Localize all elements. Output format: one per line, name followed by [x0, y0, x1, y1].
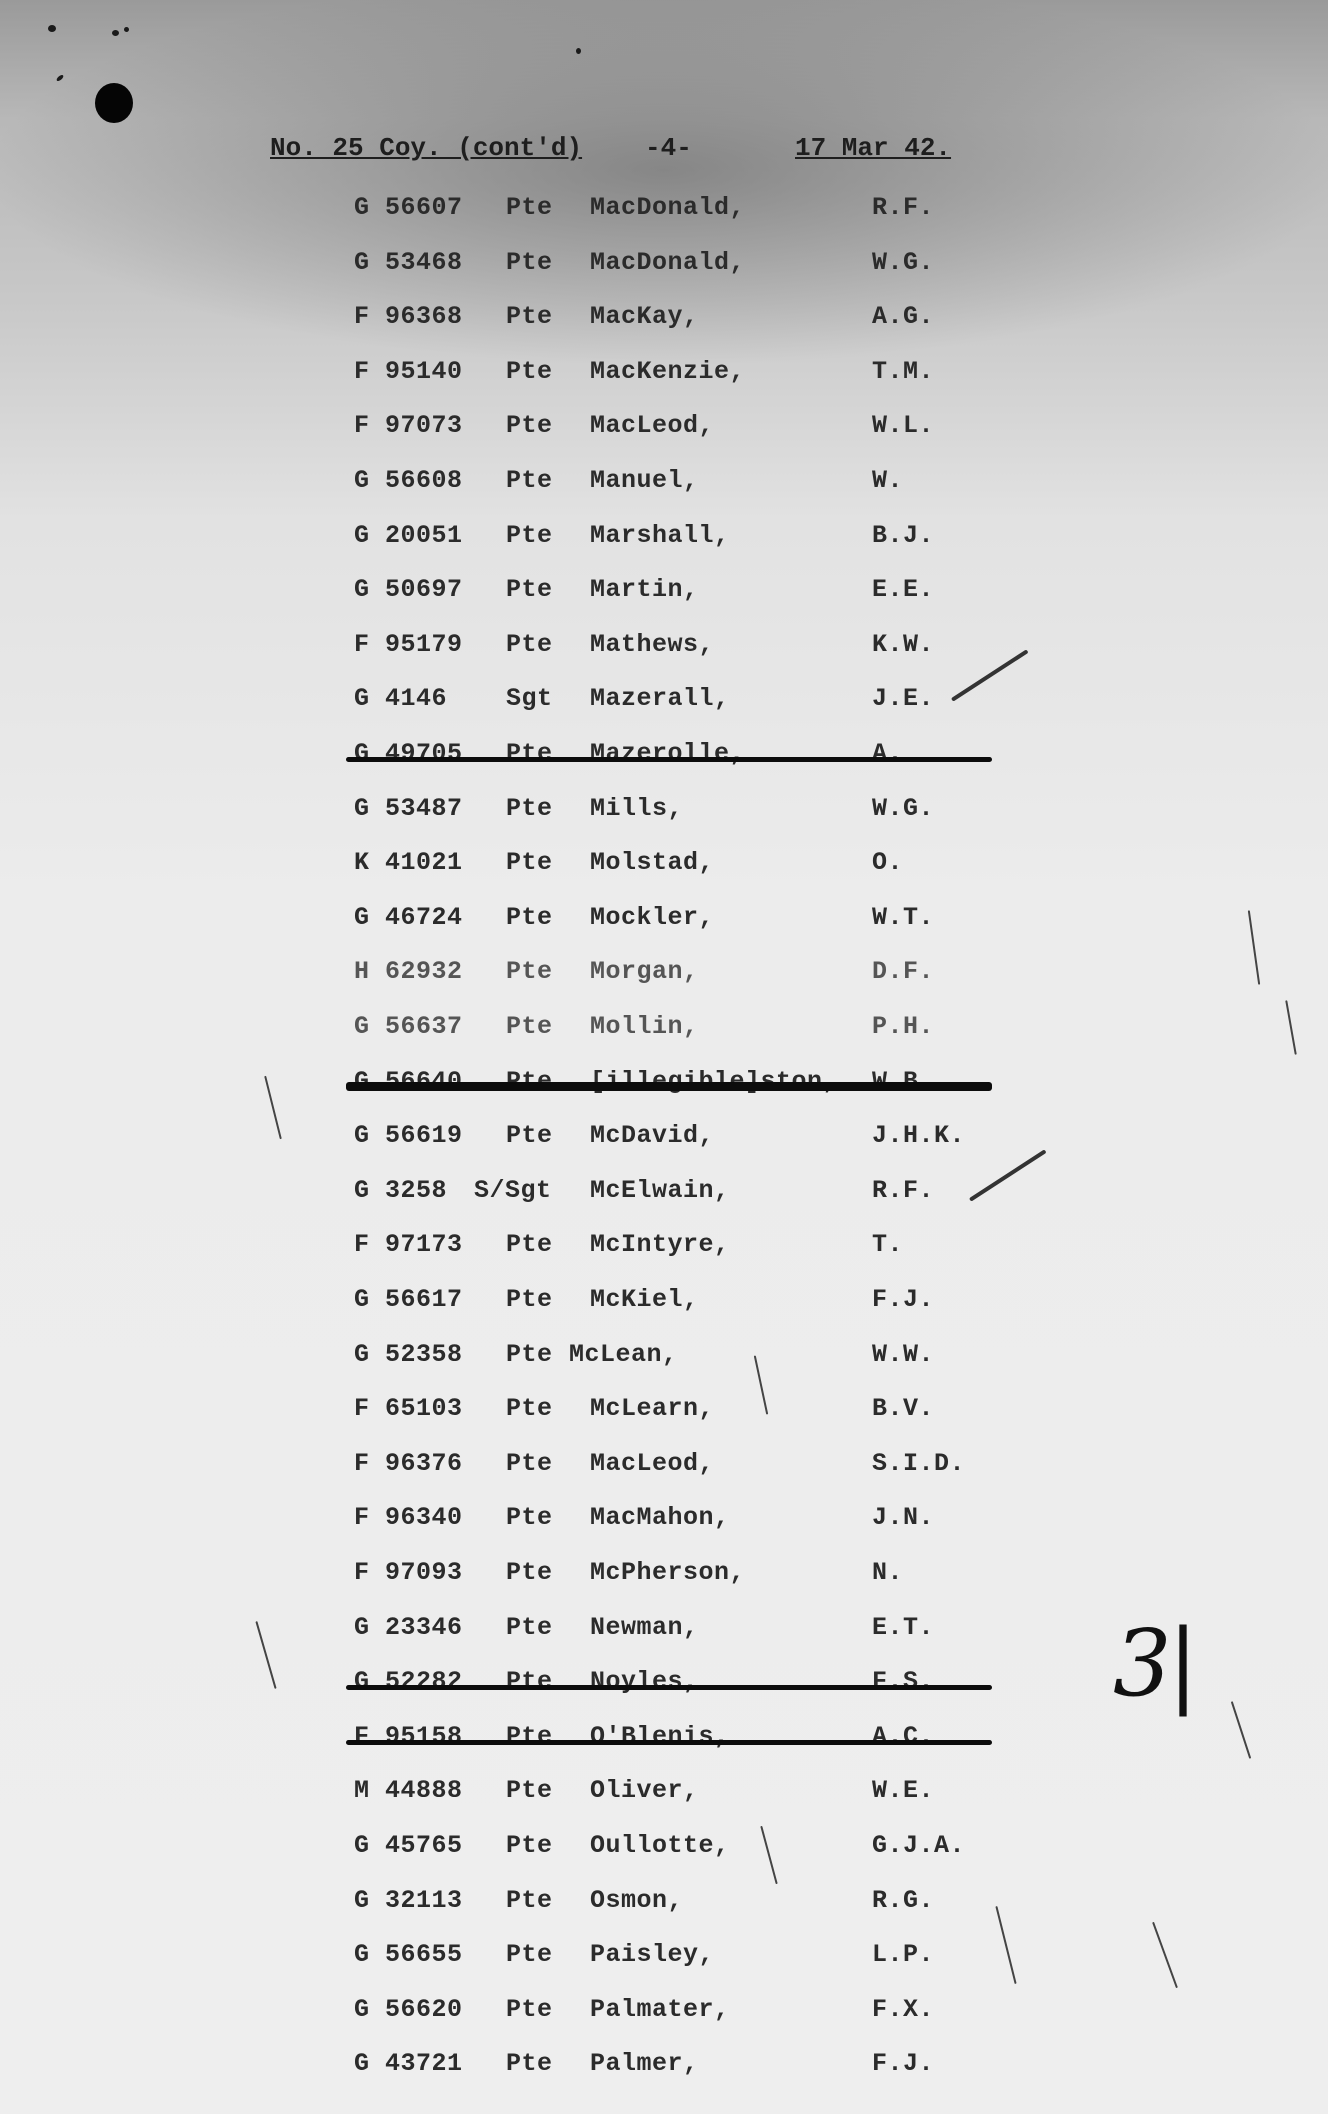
roster-entry: G 56608PteManuel,W.: [354, 466, 974, 506]
rank: Pte: [506, 248, 553, 277]
pencil-stroke: [995, 1906, 1016, 1984]
service-number: G 52282: [354, 1667, 463, 1696]
ink-speck: [576, 48, 581, 54]
surname: Oliver,: [590, 1776, 699, 1805]
surname: Molstad,: [590, 848, 714, 877]
roster-entry: G 46724PteMockler,W.T.: [354, 903, 974, 943]
pencil-stroke: [255, 1621, 276, 1689]
initials: E.E.: [872, 575, 934, 604]
roster-entry: G 56620PtePalmater,F.X.: [354, 1995, 974, 2035]
initials: A.C.: [872, 1722, 934, 1751]
service-number: G 56617: [354, 1285, 463, 1314]
rank: Pte: [506, 1995, 553, 2024]
document-header: No. 25 Coy. (cont'd) -4- 17 Mar 42.: [270, 133, 990, 173]
surname: Palmater,: [590, 1995, 730, 2024]
rank: Pte: [506, 848, 553, 877]
rank: Pte: [506, 903, 553, 932]
roster-entry: G 45765PteOullotte,G.J.A.: [354, 1831, 974, 1871]
roster-entry: F 65103PteMcLearn,B.V.: [354, 1394, 974, 1434]
service-number: G 45765: [354, 1831, 463, 1860]
service-number: G 56608: [354, 466, 463, 495]
surname: Noyles,: [590, 1667, 699, 1696]
rank: Pte: [506, 1940, 553, 1969]
rank: Pte: [506, 411, 553, 440]
initials: R.F.: [872, 1176, 934, 1205]
ink-speck: [48, 25, 56, 32]
roster-entry: F 97073PteMacLeod,W.L.: [354, 411, 974, 451]
pencil-stroke: [1152, 1922, 1178, 1988]
service-number: M 44888: [354, 1776, 463, 1805]
initials: R.G.: [872, 1886, 934, 1915]
roster-entry-struck: G 52282PteNoyles,F.S.: [354, 1667, 974, 1707]
unit-title: No. 25 Coy. (cont'd): [270, 133, 582, 163]
initials: T.: [872, 1230, 903, 1259]
roster-entry: G 56655PtePaisley,L.P.: [354, 1940, 974, 1980]
rank: Pte: [506, 1667, 553, 1696]
surname: Morgan,: [590, 957, 699, 986]
rank: Pte: [506, 1831, 553, 1860]
pencil-stroke: [1285, 1000, 1297, 1055]
rank: Pte: [506, 193, 553, 222]
roster-entry: G 56619PteMcDavid,J.H.K.: [354, 1121, 974, 1161]
service-number: F 97173: [354, 1230, 463, 1259]
roster-entry: F 97173PteMcIntyre,T.: [354, 1230, 974, 1270]
check-mark-icon: [969, 1149, 1047, 1201]
rank: Pte: [506, 1394, 553, 1423]
initials: R.F.: [872, 193, 934, 222]
service-number: G 23346: [354, 1613, 463, 1642]
roster-entry: G 43721PtePalmer,F.J.: [354, 2049, 974, 2089]
document-page: No. 25 Coy. (cont'd) -4- 17 Mar 42. G 56…: [0, 0, 1328, 2114]
surname: Martin,: [590, 575, 699, 604]
roster-entry: F 96376PteMacLeod,S.I.D.: [354, 1449, 974, 1489]
roster-entry: F 95179PteMathews,K.W.: [354, 630, 974, 670]
initials: O.: [872, 848, 903, 877]
surname: MacKenzie,: [590, 357, 745, 386]
rank: Pte: [506, 1449, 553, 1478]
rank: Pte: [506, 2049, 553, 2078]
roster-entry-struck: G 56640Pte[illegible]ston,W.B.: [354, 1067, 974, 1107]
rank: Pte: [506, 575, 553, 604]
surname: O'Blenis,: [590, 1722, 730, 1751]
roster-entry: G 23346PteNewman,E.T.: [354, 1613, 974, 1653]
punch-hole: [95, 83, 133, 123]
surname: Oullotte,: [590, 1831, 730, 1860]
service-number: K 41021: [354, 848, 463, 877]
surname: Paisley,: [590, 1940, 714, 1969]
ink-speck: [112, 30, 119, 36]
pencil-stroke: [1248, 910, 1260, 985]
initials: P.H.: [872, 1012, 934, 1041]
roster-entry: G 56617PteMcKiel,F.J.: [354, 1285, 974, 1325]
roster-entry-struck: F 95158PteO'Blenis,A.C.: [354, 1722, 974, 1762]
service-number: G 20051: [354, 521, 463, 550]
rank: Pte: [506, 739, 553, 768]
initials: J.E.: [872, 684, 934, 713]
service-number: F 65103: [354, 1394, 463, 1423]
roster-entry: K 41021PteMolstad,O.: [354, 848, 974, 888]
service-number: G 53468: [354, 248, 463, 277]
rank: Pte: [506, 1613, 553, 1642]
service-number: G 56620: [354, 1995, 463, 2024]
surname: McLean,: [569, 1340, 678, 1369]
surname: MacDonald,: [590, 193, 745, 222]
service-number: G 46724: [354, 903, 463, 932]
rank: Sgt: [506, 684, 553, 713]
roster-entry: G 20051PteMarshall,B.J.: [354, 521, 974, 561]
surname: Palmer,: [590, 2049, 699, 2078]
initials: J.N.: [872, 1503, 934, 1532]
surname: McKiel,: [590, 1285, 699, 1314]
roster-entry: G 32113PteOsmon,R.G.: [354, 1886, 974, 1926]
surname: Mazerolle,: [590, 739, 745, 768]
service-number: G 49705: [354, 739, 463, 768]
initials: A.G.: [872, 302, 934, 331]
initials: B.V.: [872, 1394, 934, 1423]
roster-entry: G 50697PteMartin,E.E.: [354, 575, 974, 615]
service-number: G 56640: [354, 1067, 463, 1096]
rank: Pte: [506, 1340, 553, 1369]
ink-speck: [56, 74, 65, 82]
rank: Pte: [506, 302, 553, 331]
pencil-stroke: [1231, 1701, 1251, 1759]
surname: Mockler,: [590, 903, 714, 932]
surname: MacDonald,: [590, 248, 745, 277]
service-number: G 43721: [354, 2049, 463, 2078]
ink-speck: [124, 27, 129, 32]
initials: D.F.: [872, 957, 934, 986]
initials: A.: [872, 739, 903, 768]
surname: MacMahon,: [590, 1503, 730, 1532]
initials: N.: [872, 1558, 903, 1587]
surname: MacLeod,: [590, 411, 714, 440]
initials: F.J.: [872, 1285, 934, 1314]
surname: MacLeod,: [590, 1449, 714, 1478]
initials: W.T.: [872, 903, 934, 932]
service-number: G 56655: [354, 1940, 463, 1969]
rank: Pte: [506, 630, 553, 659]
surname: Osmon,: [590, 1886, 683, 1915]
roster-entry: G 56607PteMacDonald,R.F.: [354, 193, 974, 233]
rank: Pte: [506, 466, 553, 495]
initials: W.W.: [872, 1340, 934, 1369]
surname: McLearn,: [590, 1394, 714, 1423]
service-number: G 4146: [354, 684, 447, 713]
service-number: F 96376: [354, 1449, 463, 1478]
initials: W.G.: [872, 794, 934, 823]
rank: Pte: [506, 957, 553, 986]
initials: F.S.: [872, 1667, 934, 1696]
rank: Pte: [506, 1558, 553, 1587]
roster-entry: G 52358PteMcLean,W.W.: [354, 1340, 974, 1380]
rank: Pte: [506, 1776, 553, 1805]
rank: Pte: [506, 1285, 553, 1314]
service-number: F 95158: [354, 1722, 463, 1751]
service-number: G 56607: [354, 193, 463, 222]
roster-entry: F 96340PteMacMahon,J.N.: [354, 1503, 974, 1543]
service-number: F 96340: [354, 1503, 463, 1532]
initials: B.J.: [872, 521, 934, 550]
roster-entry: G 56637PteMollin,P.H.: [354, 1012, 974, 1052]
surname: McIntyre,: [590, 1230, 730, 1259]
rank: Pte: [506, 1886, 553, 1915]
roster-entry: H 62932PteMorgan,D.F.: [354, 957, 974, 997]
rank: Pte: [506, 1722, 553, 1751]
rank: Pte: [506, 1012, 553, 1041]
service-number: G 52358: [354, 1340, 463, 1369]
surname: [illegible]ston,: [590, 1067, 838, 1096]
roster-entry: G 3258S/SgtMcElwain,R.F.: [354, 1176, 974, 1216]
surname: Marshall,: [590, 521, 730, 550]
rank: Pte: [506, 357, 553, 386]
initials: G.J.A.: [872, 1831, 965, 1860]
roster-entry: F 96368PteMacKay,A.G.: [354, 302, 974, 342]
service-number: H 62932: [354, 957, 463, 986]
initials: W.E.: [872, 1776, 934, 1805]
handwritten-count: 3|: [1113, 1610, 1195, 1717]
rank: S/Sgt: [474, 1176, 552, 1205]
service-number: F 96368: [354, 302, 463, 331]
initials: W.: [872, 466, 903, 495]
pencil-stroke: [264, 1076, 282, 1140]
initials: L.P.: [872, 1940, 934, 1969]
roster-entry: G 4146SgtMazerall,J.E.: [354, 684, 974, 724]
surname: MacKay,: [590, 302, 699, 331]
service-number: G 56637: [354, 1012, 463, 1041]
service-number: F 97073: [354, 411, 463, 440]
surname: Newman,: [590, 1613, 699, 1642]
initials: W.B.: [872, 1067, 934, 1096]
surname: Mollin,: [590, 1012, 699, 1041]
initials: F.X.: [872, 1995, 934, 2024]
surname: Mazerall,: [590, 684, 730, 713]
roster-entry-struck: G 49705PteMazerolle,A.: [354, 739, 974, 779]
service-number: F 95140: [354, 357, 463, 386]
rank: Pte: [506, 521, 553, 550]
surname: McDavid,: [590, 1121, 714, 1150]
initials: F.J.: [872, 2049, 934, 2078]
rank: Pte: [506, 1230, 553, 1259]
roster-entry: F 95140PteMacKenzie,T.M.: [354, 357, 974, 397]
surname: Mills,: [590, 794, 683, 823]
initials: W.L.: [872, 411, 934, 440]
roster-entry: F 97093PteMcPherson,N.: [354, 1558, 974, 1598]
rank: Pte: [506, 1067, 553, 1096]
initials: K.W.: [872, 630, 934, 659]
surname: McElwain,: [590, 1176, 730, 1205]
surname: Manuel,: [590, 466, 699, 495]
service-number: G 32113: [354, 1886, 463, 1915]
page-number: -4-: [645, 133, 692, 163]
initials: S.I.D.: [872, 1449, 965, 1478]
service-number: G 53487: [354, 794, 463, 823]
initials: T.M.: [872, 357, 934, 386]
service-number: G 3258: [354, 1176, 447, 1205]
surname: Mathews,: [590, 630, 714, 659]
roster-entry: G 53468PteMacDonald,W.G.: [354, 248, 974, 288]
service-number: F 97093: [354, 1558, 463, 1587]
roster-entry: G 53487PteMills,W.G.: [354, 794, 974, 834]
initials: J.H.K.: [872, 1121, 965, 1150]
rank: Pte: [506, 1121, 553, 1150]
rank: Pte: [506, 1503, 553, 1532]
roster-entry: M 44888PteOliver,W.E.: [354, 1776, 974, 1816]
surname: McPherson,: [590, 1558, 745, 1587]
service-number: G 56619: [354, 1121, 463, 1150]
rank: Pte: [506, 794, 553, 823]
document-date: 17 Mar 42.: [795, 133, 951, 163]
initials: E.T.: [872, 1613, 934, 1642]
service-number: F 95179: [354, 630, 463, 659]
service-number: G 50697: [354, 575, 463, 604]
initials: W.G.: [872, 248, 934, 277]
